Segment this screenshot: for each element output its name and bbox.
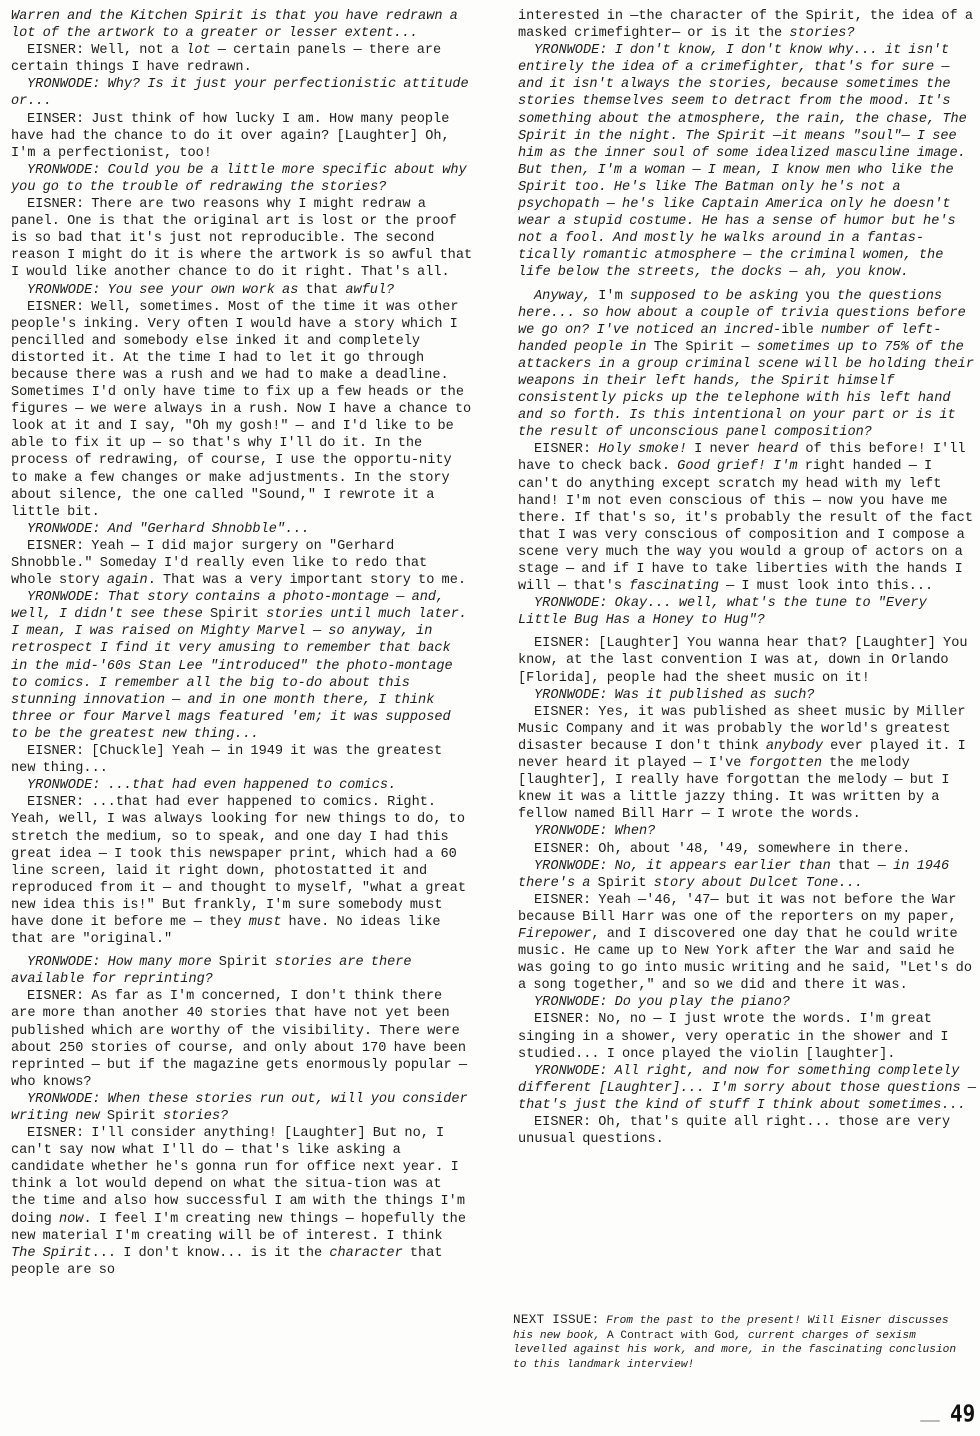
text-run: stories?: [156, 1109, 228, 1124]
text-run: EISNER: ...that had ever happened to com…: [11, 795, 466, 930]
text-run: YRONWODE: Why? Is it just your perfectio…: [11, 77, 469, 109]
text-run: YRONWODE: When these stories run out, wi…: [11, 1092, 468, 1124]
emphasis-text: again: [107, 573, 148, 588]
text-run: EISNER: No, no — I just wrote the words.…: [518, 1012, 949, 1061]
interviewee-answer: EISNER: Well, not a lot — certain panels…: [11, 42, 473, 76]
interviewer-question: YRONWODE: ...that had even happened to c…: [11, 777, 473, 794]
interviewer-question: YRONWODE: Okay... well, what's the tune …: [518, 595, 978, 629]
interviewee-answer: EISNER: ...that had ever happened to com…: [11, 794, 473, 948]
roman-text: that: [306, 283, 339, 298]
emphasis-text: Firepower: [518, 927, 591, 942]
interviewee-answer: EISNER: There are two reasons why I migh…: [11, 196, 473, 281]
text-run: EISNER: Oh, that's quite all right... th…: [518, 1115, 950, 1147]
text-run: EISNER: [Laughter] You wanna hear that? …: [518, 636, 968, 685]
text-run: I never: [687, 442, 757, 457]
interviewee-answer: EISNER: [Chuckle] Yeah — in 1949 it was …: [11, 743, 473, 777]
text-run: YRONWODE: Was it published as such?: [534, 688, 815, 703]
text-run: EISNER: Oh, about '48, '49, somewhere in…: [534, 842, 910, 857]
text-run: YRONWODE: And "Gerhard Shnobble"...: [27, 522, 310, 537]
text-run: YRONWODE: All right, and now for somethi…: [518, 1064, 976, 1113]
text-run: EISNER: Yeah —'46, '47— but it was not b…: [518, 893, 957, 925]
text-run: stories until much later. I mean, I was …: [11, 607, 467, 742]
emphasis-text: lot: [186, 43, 210, 58]
text-run: EISNER: [Chuckle] Yeah — in 1949 it was …: [11, 744, 442, 776]
interviewer-question: YRONWODE: Could you be a little more spe…: [11, 162, 473, 196]
text-run: EISNER: Well, not a: [27, 43, 186, 58]
interviewee-answer: EISNER: I'll consider anything! [Laughte…: [11, 1125, 473, 1279]
interviewee-answer: EISNER: No, no — I just wrote the words.…: [518, 1011, 978, 1062]
interviewer-question: YRONWODE: You see your own work as that …: [11, 282, 473, 299]
roman-text: A Contract with God: [607, 1330, 735, 1342]
emphasis-text: stories?: [789, 26, 854, 41]
roman-text: The Spirit: [654, 340, 735, 355]
text-run: EINSER: Just think of how lucky I am. Ho…: [11, 112, 450, 161]
right-column: interested in —the character of the Spir…: [518, 8, 978, 1148]
magazine-page: Warren and the Kitchen Spirit is that yo…: [0, 0, 980, 1436]
text-run: EISNER: As far as I'm concerned, I don't…: [11, 989, 467, 1089]
interviewee-answer: EISNER: Yes, it was published as sheet m…: [518, 704, 978, 824]
roman-text: that: [838, 859, 871, 874]
interviewee-answer: EISNER: As far as I'm concerned, I don't…: [11, 988, 473, 1091]
interviewer-question: YRONWODE: Was it published as such?: [518, 687, 978, 704]
roman-text: Spirit: [210, 607, 259, 622]
interviewee-answer: EISNER: Oh, that's quite all right... th…: [518, 1114, 978, 1148]
next-issue-label: NEXT ISSUE:: [513, 1313, 599, 1327]
interviewer-question: YRONWODE: Why? Is it just your perfectio…: [11, 76, 473, 110]
emphasis-text: Good grief! I'm: [677, 459, 797, 474]
interviewer-question: Anyway, I'm supposed to be asking you th…: [518, 288, 978, 442]
interviewee-answer: EISNER: Oh, about '48, '49, somewhere in…: [518, 841, 978, 858]
emphasis-text: character: [329, 1246, 402, 1261]
roman-text: I'm: [598, 289, 622, 304]
emphasis-text: forgotten: [749, 756, 822, 771]
decorative-dash: [920, 1420, 940, 1422]
emphasis-text: heard: [757, 442, 798, 457]
emphasis-text: must: [249, 915, 282, 930]
interviewer-question: YRONWODE: No, it appears earlier than th…: [518, 858, 978, 892]
interviewee-answer: EISNER: Holy smoke! I never heard of thi…: [518, 441, 978, 595]
text-run: YRONWODE: I don't know, I don't know why…: [518, 43, 967, 280]
interviewer-question: YRONWODE: All right, and now for somethi…: [518, 1063, 978, 1114]
interviewer-question: Warren and the Kitchen Spirit is that yo…: [11, 8, 473, 42]
roman-text: Spirit: [219, 955, 268, 970]
text-run: Warren and the Kitchen Spirit is that yo…: [11, 9, 458, 41]
text-run: story about Dulcet Tone...: [647, 876, 863, 891]
interviewer-question: YRONWODE: When these stories run out, wi…: [11, 1091, 473, 1125]
text-run: awful?: [338, 283, 394, 298]
emphasis-text: The Spirit: [11, 1246, 92, 1261]
interviewer-question: YRONWODE: That story contains a photo-mo…: [11, 589, 473, 743]
text-run: right handed — I can't do anything excep…: [518, 459, 973, 594]
interviewee-answer: EISNER: Yeah — I did major surgery on "G…: [11, 538, 473, 589]
interviewer-question: YRONWODE: How many more Spirit stories a…: [11, 954, 473, 988]
interviewee-answer: EISNER: Well, sometimes. Most of the tim…: [11, 299, 473, 521]
text-run: EISNER:: [534, 442, 598, 457]
interviewer-question: YRONWODE: When?: [518, 823, 978, 840]
text-run: . That was a very important story to me.: [148, 573, 466, 588]
text-run: ... I don't know... is it the: [92, 1246, 330, 1261]
text-run: EISNER: There are two reasons why I migh…: [11, 197, 472, 280]
text-run: YRONWODE: How many more: [27, 955, 219, 970]
roman-text: Spirit: [598, 876, 647, 891]
text-run: interested in —the character of the Spir…: [518, 9, 973, 41]
next-issue-blurb: NEXT ISSUE: From the past to the present…: [513, 1313, 963, 1372]
text-run: — I must look into this...: [719, 579, 933, 594]
text-run: YRONWODE: Do you play the piano?: [534, 995, 790, 1010]
text-run: YRONWODE: No, it appears earlier than: [534, 859, 838, 874]
interviewer-question: YRONWODE: Do you play the piano?: [518, 994, 978, 1011]
text-run: YRONWODE: Okay... well, what's the tune …: [518, 596, 927, 628]
left-column: Warren and the Kitchen Spirit is that yo…: [11, 8, 473, 1279]
emphasis-text: anybody: [766, 739, 823, 754]
interviewer-question: YRONWODE: I don't know, I don't know why…: [518, 42, 978, 281]
roman-text: Spirit: [107, 1109, 156, 1124]
interviewee-answer: interested in —the character of the Spir…: [518, 8, 978, 42]
text-run: supposed to be asking: [623, 289, 806, 304]
emphasis-text: Holy smoke!: [598, 442, 687, 457]
emphasis-text: now: [59, 1212, 83, 1227]
text-run: YRONWODE: When?: [534, 824, 655, 839]
emphasis-text: fascinating: [629, 579, 719, 594]
text-run: EISNER: Well, sometimes. Most of the tim…: [11, 300, 471, 520]
interviewee-answer: EISNER: [Laughter] You wanna hear that? …: [518, 635, 978, 686]
interviewee-answer: EISNER: Yeah —'46, '47— but it was not b…: [518, 892, 978, 995]
text-run: YRONWODE: ...that had even happened to c…: [27, 778, 396, 793]
text-run: YRONWODE: Could you be a little more spe…: [11, 163, 467, 195]
roman-text: ible: [781, 323, 814, 338]
interviewee-answer: EINSER: Just think of how lucky I am. Ho…: [11, 111, 473, 162]
roman-text: you: [805, 289, 829, 304]
page-number: 49: [950, 1405, 975, 1424]
text-run: Anyway,: [534, 289, 598, 304]
text-run: YRONWODE: You see your own work as: [27, 283, 306, 298]
interviewer-question: YRONWODE: And "Gerhard Shnobble"...: [11, 521, 473, 538]
